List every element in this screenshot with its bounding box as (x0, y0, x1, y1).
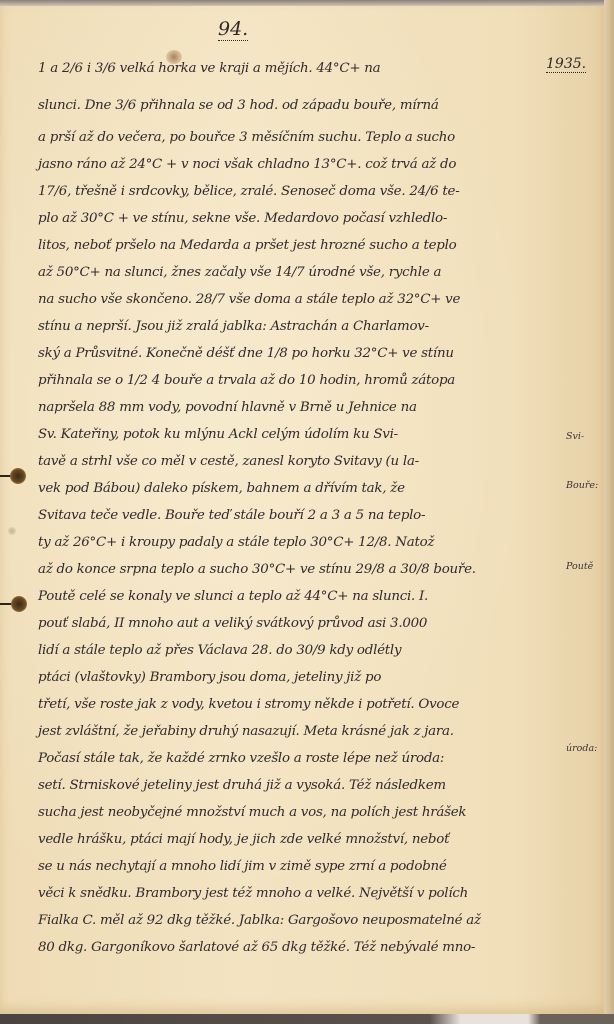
text-line: 17/6, třešně i srdcovky, bělice, zralé. … (38, 178, 538, 205)
margin-note: Svi- (566, 431, 584, 442)
page-number: 94. (218, 18, 248, 41)
scanned-page: 94. 1935. 1 a 2/6 i 3/6 velká horka ve k… (0, 0, 614, 1024)
handwritten-text: 1 a 2/6 i 3/6 velká horka ve kraji a měj… (38, 50, 538, 961)
text-line: lidí a stále teplo až přes Václava 28. d… (38, 637, 538, 664)
text-line: se u nás nechytají a mnoho lidí jim v zi… (38, 853, 538, 880)
paper-spot (8, 527, 16, 535)
text-line: setí. Strniskové jeteliny jest druhá již… (38, 772, 538, 799)
page-edge (604, 0, 614, 1024)
text-line: pouť slabá, II mnoho aut a veliký svátko… (38, 610, 538, 637)
text-line: třetí, vše roste jak z vody, kvetou i st… (38, 691, 538, 718)
margin-note: Poutě (566, 561, 593, 572)
text-line: Svitava teče vedle. Bouře teď stále bouř… (38, 502, 538, 529)
text-line: 1 a 2/6 i 3/6 velká horka ve kraji a měj… (38, 50, 538, 87)
text-line: ty až 26°C+ i kroupy padaly a stále tepl… (38, 529, 538, 556)
text-line: 80 dkg. Gargoníkovo šarlatové až 65 dkg … (38, 934, 538, 961)
text-line: slunci. Dne 3/6 přihnala se od 3 hod. od… (38, 87, 538, 124)
text-line: napršela 88 mm vody, povodní hlavně v Br… (38, 394, 538, 421)
text-line: věci k snědku. Brambory jest též mnoho a… (38, 880, 538, 907)
text-line: Počasí stále tak, že každé zrnko vzešlo … (38, 745, 538, 772)
text-line: plo až 30°C + ve stínu, sekne vše. Medar… (38, 205, 538, 232)
text-line: litos, neboť pršelo na Medarda a pršet j… (38, 232, 538, 259)
text-line: tavě a strhl vše co měl v cestě, zanesl … (38, 448, 538, 475)
scan-background-strip (0, 1014, 614, 1024)
text-line: ptáci (vlaštovky) Brambory jsou doma, je… (38, 664, 538, 691)
text-line: vek pod Bábou) daleko pískem, bahnem a d… (38, 475, 538, 502)
text-line: ský a Průsvitné. Konečně déšť dne 1/8 po… (38, 340, 538, 367)
text-line: jasno ráno až 24°C + v noci však chladno… (38, 151, 538, 178)
text-line: stínu a neprší. Jsou již zralá jablka: A… (38, 313, 538, 340)
binding-hole-icon (10, 468, 26, 484)
binding-hole-icon (11, 596, 27, 612)
text-line: až 50°C+ na slunci, žnes začaly vše 14/7… (38, 259, 538, 286)
text-line: až do konce srpna teplo a sucho 30°C+ ve… (38, 556, 538, 583)
margin-note: úroda: (566, 743, 597, 754)
text-line: Sv. Kateřiny, potok ku mlýnu Ackl celým … (38, 421, 538, 448)
text-line: sucha jest neobyčejné množství much a vo… (38, 799, 538, 826)
text-line: jest zvláštní, že jeřabiny druhý nasazuj… (38, 718, 538, 745)
year-marker: 1935. (546, 56, 586, 73)
text-line: a prší až do večera, po bouřce 3 měsíční… (38, 124, 538, 151)
text-line: Fialka C. měl až 92 dkg těžké. Jablka: G… (38, 907, 538, 934)
text-line: přihnala se o 1/2 4 bouře a trvala až do… (38, 367, 538, 394)
text-line: na sucho vše skončeno. 28/7 vše doma a s… (38, 286, 538, 313)
text-line: vedle hrášku, ptáci mají hody, je jich z… (38, 826, 538, 853)
margin-note: Bouře: (566, 480, 598, 491)
text-line: Poutě celé se konaly ve slunci a teplo a… (38, 583, 538, 610)
paper-sheet: 94. 1935. 1 a 2/6 i 3/6 velká horka ve k… (0, 6, 607, 1017)
